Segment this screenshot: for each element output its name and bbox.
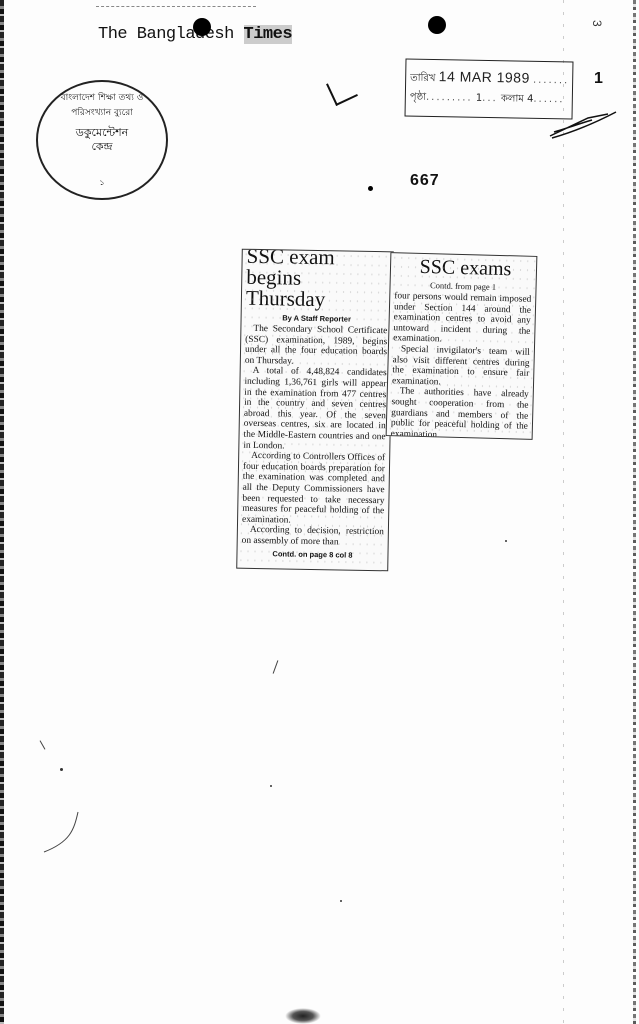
paragraph: A total of 4,48,824 candidates including… — [243, 366, 386, 453]
publication-suffix: Times — [244, 25, 293, 44]
seal-center-line2: কেন্দ্র — [38, 140, 166, 154]
scan-speck — [270, 785, 272, 787]
seal-center-line1: ডকুমেন্টেশন — [38, 126, 166, 140]
newspaper-masthead: The Bangladesh Times — [96, 6, 256, 49]
paragraph: Special invigilator's team will also vis… — [392, 344, 530, 390]
handwritten-digit: 1 — [594, 70, 603, 88]
news-clipping-main: SSC exam begins Thursday By A Staff Repo… — [236, 249, 394, 572]
scan-speck — [505, 540, 507, 542]
paragraph: According to Controllers Offices of four… — [242, 451, 385, 528]
page-fold-line — [563, 0, 564, 1024]
signature-icon — [548, 110, 618, 140]
handwritten-number: 3 — [590, 20, 604, 27]
publication-name: The Bangladesh — [98, 25, 234, 44]
paragraph: The authorities have already sought coop… — [391, 387, 529, 440]
page-column-row: পৃষ্ঠা......... 1... কলাম 4...... — [410, 90, 565, 110]
scan-curve-mark — [40, 810, 80, 860]
continued-headline: SSC exams — [395, 255, 537, 281]
scan-mark — [273, 660, 279, 673]
seal-ring-text: বাংলাদেশ শিক্ষা তথ্য ও পরিসংখ্যান ব্যুরো — [50, 90, 154, 120]
reference-number: 667 — [410, 172, 440, 190]
headline: SSC exam begins Thursday — [246, 249, 393, 312]
paragraph: The Secondary School Certificate (SSC) e… — [245, 324, 388, 369]
page-left-edge — [0, 0, 4, 1024]
continuation-note: Contd. on page 8 col 8 — [237, 549, 387, 561]
article-body: The Secondary School Certificate (SSC) e… — [242, 324, 388, 549]
column-label: কলাম — [501, 93, 524, 104]
scanned-page: The Bangladesh Times বাংলাদেশ শিক্ষা তথ্… — [0, 0, 639, 1024]
date-row: তারিখ 14 MAR 1989 ....... — [410, 68, 569, 91]
byline: By A Staff Reporter — [242, 313, 392, 325]
dotted-line: ....... — [533, 75, 569, 87]
page-right-edge — [633, 0, 636, 1024]
scan-blot — [285, 1008, 321, 1024]
scan-speck — [60, 768, 63, 771]
documentation-center-seal: বাংলাদেশ শিক্ষা তথ্য ও পরিসংখ্যান ব্যুরো… — [36, 80, 168, 200]
punch-hole-icon — [193, 18, 211, 36]
date-label: তারিখ — [410, 73, 436, 84]
scan-speck — [340, 900, 342, 902]
check-mark-icon — [326, 74, 358, 106]
news-clipping-continued: SSC exams Contd. from page 1 four person… — [386, 252, 538, 440]
date-value: 14 MAR 1989 — [439, 68, 530, 86]
ink-dot — [368, 186, 373, 191]
punch-hole-icon — [428, 16, 446, 34]
seal-center-text: ডকুমেন্টেশন কেন্দ্র — [38, 126, 166, 154]
paragraph: four persons would remain imposed under … — [393, 291, 531, 348]
page-label: পৃষ্ঠা — [410, 92, 426, 103]
headline-line: Thursday — [246, 288, 392, 312]
paragraph: According to decision, restriction on as… — [242, 525, 384, 549]
continued-body: four persons would remain imposed under … — [391, 291, 532, 440]
seal-bottom-mark: ১ — [38, 177, 166, 190]
scan-mark — [40, 740, 46, 749]
